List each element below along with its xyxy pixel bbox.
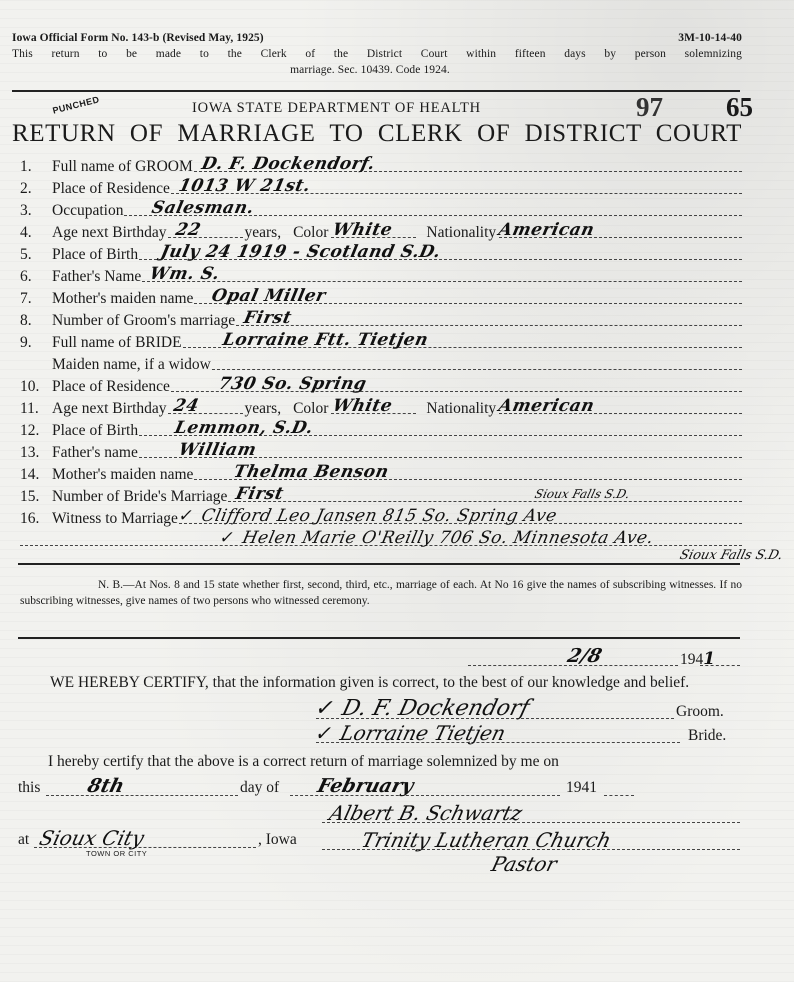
punched-stamp: PUNCHED: [52, 94, 101, 115]
witness2-note: Sioux Falls S.D.: [678, 548, 784, 563]
certification-statement: WE HEREBY CERTIFY, that the information …: [18, 672, 742, 694]
state-label: , Iowa: [258, 831, 297, 849]
instructions-note: N. B.—At Nos. 8 and 15 state whether fir…: [20, 577, 742, 609]
marriage-return-form: Iowa Official Form No. 143-b (Revised Ma…: [0, 0, 794, 982]
bride-nationality-field[interactable]: American: [499, 393, 742, 414]
form-header-line: Iowa Official Form No. 143-b (Revised Ma…: [12, 32, 742, 44]
instruction-line-2: marriage. Sec. 10439. Code 1924.: [0, 64, 740, 76]
groom-marriage-number-field[interactable]: First: [236, 305, 742, 326]
year-blank: [700, 645, 740, 666]
bride-color-field[interactable]: White: [331, 393, 416, 414]
header-divider: [12, 90, 740, 92]
officiant-statement: I hereby certify that the above is a cor…: [48, 753, 559, 771]
day-field[interactable]: 8th: [46, 775, 238, 796]
groom-mother-field[interactable]: Opal Miller: [194, 283, 742, 304]
this-label: this: [18, 779, 40, 797]
witness-row-2: ✓Helen Marie O'Reilly 706 So. Minnesota …: [20, 528, 742, 550]
bride-mother-field[interactable]: Thelma Benson: [194, 459, 742, 480]
groom-signature-field[interactable]: ✓D. F. Dockendorf: [316, 698, 674, 719]
groom-nationality-field[interactable]: American: [499, 217, 742, 238]
bride-father-field[interactable]: William: [139, 437, 742, 458]
month-field[interactable]: February: [290, 775, 560, 796]
town-caption: TOWN OR CITY: [86, 849, 147, 858]
groom-residence-field[interactable]: 1013 W 21st.: [171, 173, 742, 194]
bride-age-field[interactable]: 24: [168, 393, 243, 414]
officiant-signature-field[interactable]: Albert B. Schwartz: [322, 802, 740, 823]
town-field[interactable]: Sioux City: [34, 827, 256, 848]
day-of-label: day of: [240, 779, 279, 797]
at-label: at: [18, 831, 29, 849]
note-divider: [18, 637, 740, 639]
checkmark-icon: ✓: [313, 696, 338, 721]
record-number-left: 97: [636, 92, 663, 123]
bride-marriage-number-field[interactable]: First: [228, 481, 742, 502]
bride-signature-field[interactable]: ✓Lorraine Tietjen: [316, 722, 680, 743]
year-blank-2: [604, 775, 634, 796]
certification-date-field[interactable]: 2/8: [468, 645, 678, 666]
bride-birthplace-field[interactable]: Lemmon, S.D.: [139, 415, 742, 436]
record-number-right: 65: [726, 92, 753, 123]
witness1-note: Sioux Falls S.D.: [533, 487, 631, 501]
groom-signature-label: Groom.: [676, 703, 724, 721]
groom-age-field[interactable]: 22: [168, 217, 243, 238]
groom-occupation-field[interactable]: Salesman.: [124, 195, 742, 216]
groom-birthplace-field[interactable]: July 24 1919 - Scotland S.D.: [139, 239, 742, 260]
bride-signature-label: Bride.: [688, 727, 726, 745]
checkmark-icon: ✓: [313, 721, 336, 745]
witness2-field[interactable]: ✓Helen Marie O'Reilly 706 So. Minnesota …: [20, 525, 742, 546]
officiant-title: Pastor: [489, 852, 559, 876]
bride-residence-field[interactable]: 730 So. Spring: [171, 371, 742, 392]
witness-divider: [18, 563, 740, 565]
print-code: 3M-10-14-40: [678, 32, 742, 44]
witness1-field[interactable]: ✓Clifford Leo Jansen 815 So. Spring Ave: [179, 503, 742, 524]
groom-father-field[interactable]: Wm. S.: [142, 261, 742, 282]
officiant-year: 1941: [566, 779, 597, 797]
department-name: IOWA STATE DEPARTMENT OF HEALTH: [192, 100, 481, 117]
checkmark-icon: ✓: [177, 506, 196, 526]
checkmark-icon: ✓: [218, 528, 237, 548]
groom-color-field[interactable]: White: [331, 217, 416, 238]
form-number: Iowa Official Form No. 143-b (Revised Ma…: [12, 32, 264, 44]
instruction-line-1: This return to be made to the Clerk of t…: [12, 48, 742, 60]
bride-full-name-field[interactable]: Lorraine Ftt. Tietjen: [183, 327, 742, 348]
bride-maiden-name-field[interactable]: [212, 349, 742, 370]
page-title: RETURN OF MARRIAGE TO CLERK OF DISTRICT …: [12, 120, 742, 148]
church-field[interactable]: Trinity Lutheran Church: [322, 829, 740, 850]
groom-full-name-field[interactable]: D. F. Dockendorf.: [194, 151, 742, 172]
